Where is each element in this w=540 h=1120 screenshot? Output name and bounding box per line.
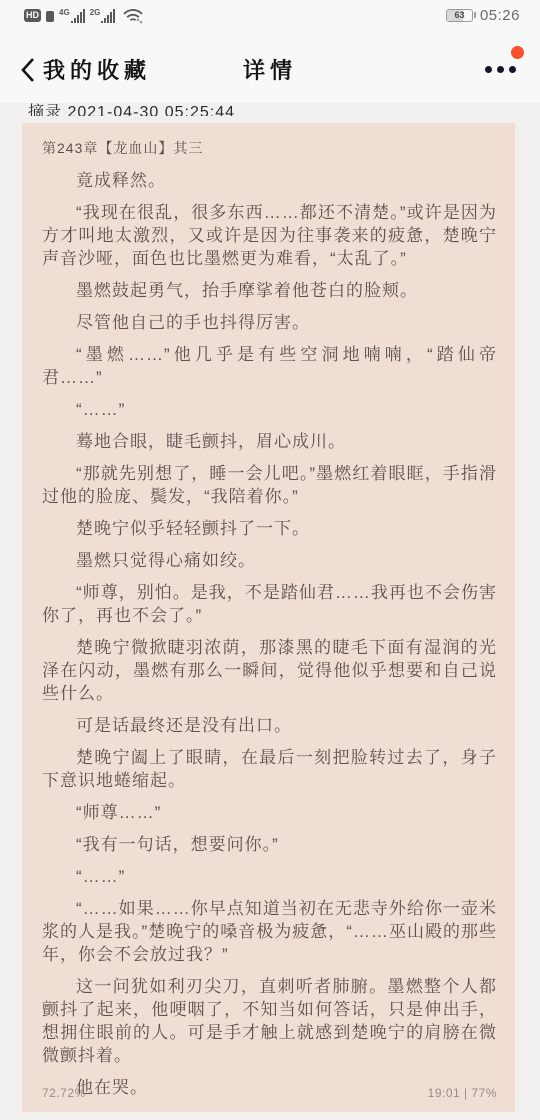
dot-icon — [497, 66, 504, 73]
back-button[interactable]: 我的收藏 — [20, 54, 151, 85]
status-left-icons: HD 4G 2G — [24, 7, 144, 23]
signal-bars-icon — [71, 9, 85, 23]
paragraph: “师尊，别怕。是我，不是踏仙君……我再也不会伤害你了，再也不会了。” — [42, 581, 497, 627]
notification-dot — [511, 46, 524, 59]
signal-4g: 4G — [59, 9, 85, 23]
sim-card-icon — [46, 11, 54, 22]
status-bar: HD 4G 2G 63 05:26 — [0, 0, 540, 30]
paragraph: 可是话最终还是没有出口。 — [42, 714, 497, 737]
chapter-body: 竟成释然。“我现在很乱，很多东西……都还不清楚。”或许是因为方才叫地太激烈，又或… — [42, 169, 497, 1099]
wifi-icon — [122, 7, 144, 24]
paragraph: “……” — [42, 398, 497, 421]
paragraph: “我现在很乱，很多东西……都还不清楚。”或许是因为方才叫地太激烈，又或许是因为往… — [42, 201, 497, 270]
reader-footer: 72.72% 19:01 | 77% — [42, 1086, 497, 1100]
back-chevron-icon — [20, 57, 35, 83]
dot-icon — [509, 66, 516, 73]
reader-panel[interactable]: 第243章【龙血山】其三 竟成释然。“我现在很乱，很多东西……都还不清楚。”或许… — [22, 123, 515, 1112]
battery-nub — [474, 12, 476, 18]
hd-volte-icon: HD — [24, 9, 41, 22]
more-menu-button[interactable] — [483, 56, 518, 83]
paragraph: 这一问犹如利刃尖刀，直刺听者肺腑。墨燃整个人都颤抖了起来，他哽咽了，不知当如何答… — [42, 975, 497, 1067]
paragraph: “师尊……” — [42, 801, 497, 824]
paragraph: “墨燃……”他几乎是有些空洞地喃喃，“踏仙帝君……” — [42, 343, 497, 389]
nav-bar: 我的收藏 详情 — [0, 30, 540, 103]
paragraph: “我有一句话，想要问你。” — [42, 833, 497, 856]
paragraph: 尽管他自己的手也抖得厉害。 — [42, 311, 497, 334]
dot-icon — [485, 66, 492, 73]
signal-2g: 2G — [90, 9, 116, 23]
battery-percent: 63 — [447, 10, 472, 21]
signal-bars-icon — [101, 9, 115, 23]
back-label: 我的收藏 — [43, 54, 151, 85]
status-right-icons: 63 05:26 — [446, 7, 520, 24]
status-time: 05:26 — [480, 7, 520, 24]
paragraph: “那就先别想了，睡一会儿吧。”墨燃红着眼眶，手指滑过他的脸庞、鬓发，“我陪着你。… — [42, 462, 497, 508]
battery-icon: 63 — [446, 9, 473, 22]
paragraph: 墨燃鼓起勇气，抬手摩挲着他苍白的脸颊。 — [42, 279, 497, 302]
paragraph: 墨燃只觉得心痛如绞。 — [42, 549, 497, 572]
excerpt-meta-clipped: 摘录 2021-04-30 05:25:44 — [28, 103, 540, 116]
chapter-title: 第243章【龙血山】其三 — [42, 138, 497, 158]
paragraph: 楚晚宁阖上了眼睛，在最后一刻把脸转过去了，身子下意识地蜷缩起。 — [42, 746, 497, 792]
reading-progress: 72.72% — [42, 1086, 86, 1100]
network-2g-label: 2G — [90, 9, 101, 17]
paragraph: 楚晚宁微掀睫羽浓荫，那漆黑的睫毛下面有湿润的光泽在闪动，墨燃有那么一瞬间，觉得他… — [42, 636, 497, 705]
network-4g-label: 4G — [59, 9, 70, 17]
paragraph: 竟成释然。 — [42, 169, 497, 192]
paragraph: 楚晚宁似乎轻轻颤抖了一下。 — [42, 517, 497, 540]
paragraph: “……” — [42, 865, 497, 888]
reader-time-battery: 19:01 | 77% — [428, 1086, 497, 1100]
paragraph: 蓦地合眼，睫毛颤抖，眉心成川。 — [42, 430, 497, 453]
paragraph: “……如果……你早点知道当初在无悲寺外给你一壶米浆的人是我。”楚晚宁的嗓音极为疲… — [42, 897, 497, 966]
